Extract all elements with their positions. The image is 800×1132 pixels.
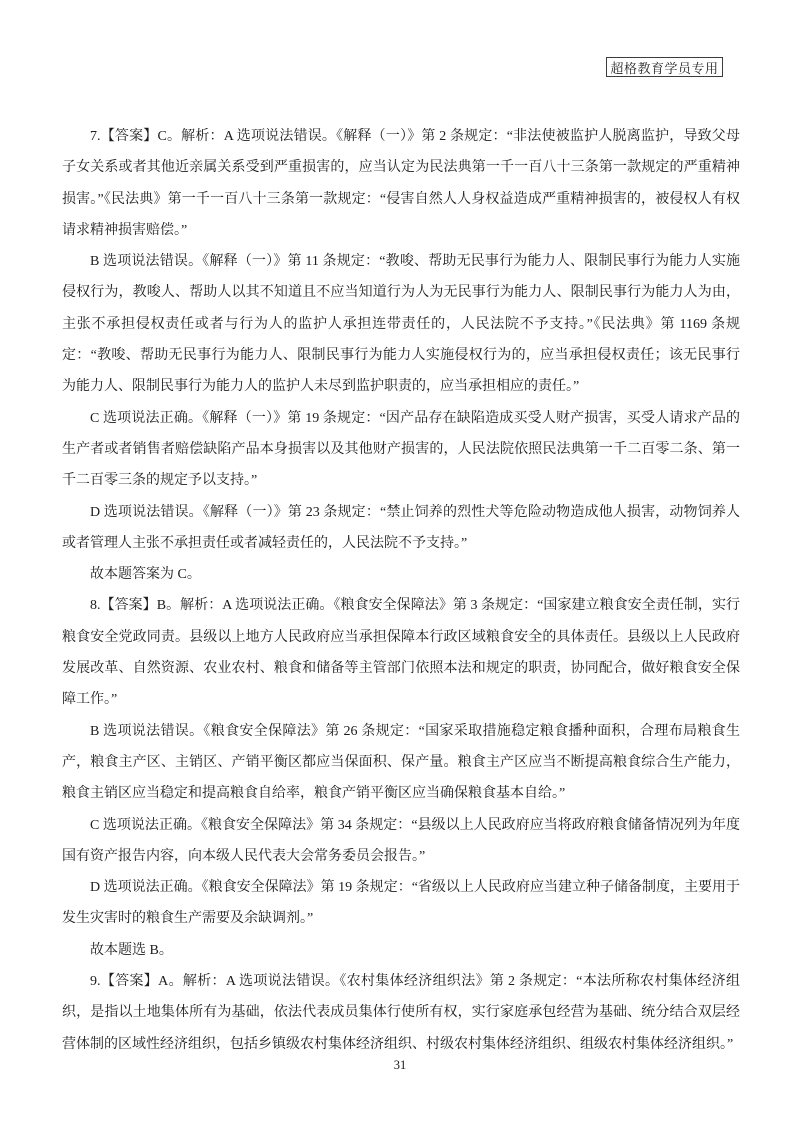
- answer-7-option-c: C 选项说法正确。《解释（一）》第 19 条规定：“因产品存在缺陷造成买受人财产…: [62, 403, 740, 497]
- answer-8-option-c: C 选项说法正确。《粮食安全保障法》第 34 条规定：“县级以上人民政府应当将政…: [62, 810, 740, 873]
- answer-8-intro: 8.【答案】B。解析：A 选项说法正确。《粮食安全保障法》第 3 条规定：“国家…: [62, 590, 740, 715]
- answer-8-option-d: D 选项说法正确。《粮食安全保障法》第 19 条规定：“省级以上人民政府应当建立…: [62, 872, 740, 935]
- answer-7-intro: 7.【答案】C。解析：A 选项说法错误。《解释（一）》第 2 条规定：“非法使被…: [62, 121, 740, 246]
- student-exclusive-badge: 超格教育学员专用: [606, 57, 723, 77]
- answer-9-intro: 9.【答案】A。解析：A 选项说法错误。《农村集体经济组织法》第 2 条规定：“…: [62, 966, 740, 1060]
- document-page: 超格教育学员专用 7.【答案】C。解析：A 选项说法错误。《解释（一）》第 2 …: [0, 0, 800, 1132]
- badge-label: 超格教育学员专用: [610, 58, 718, 77]
- answer-explanations: 7.【答案】C。解析：A 选项说法错误。《解释（一）》第 2 条规定：“非法使被…: [62, 121, 740, 1060]
- answer-7-option-b: B 选项说法错误。《解释（一）》第 11 条规定：“教唆、帮助无民事行为能力人、…: [62, 246, 740, 402]
- answer-7-conclusion: 故本题答案为 C。: [62, 559, 740, 590]
- answer-8-conclusion: 故本题选 B。: [62, 935, 740, 966]
- answer-8-option-b: B 选项说法错误。《粮食安全保障法》第 26 条规定：“国家采取措施稳定粮食播种…: [62, 716, 740, 810]
- answer-7-option-d: D 选项说法错误。《解释（一）》第 23 条规定：“禁止饲养的烈性犬等危险动物造…: [62, 497, 740, 560]
- page-number: 31: [0, 1058, 800, 1073]
